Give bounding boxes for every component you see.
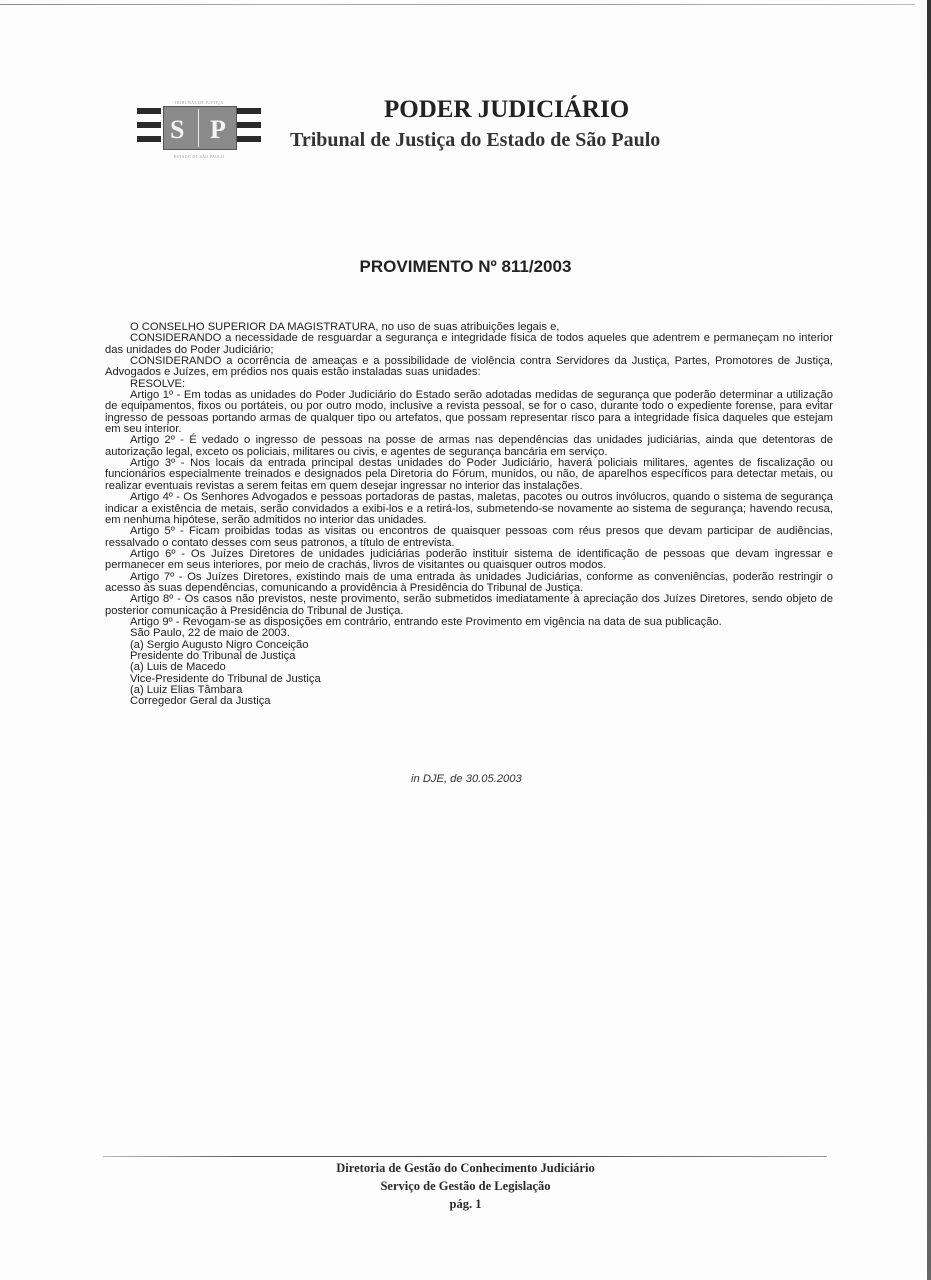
artigo-6: Artigo 6º - Os Juízes Diretores de unida… bbox=[105, 549, 833, 572]
logo-stripe bbox=[137, 122, 161, 128]
logo-caption-top: TRIBUNAL DE JUSTIÇA bbox=[159, 100, 239, 105]
top-scan-edge bbox=[0, 4, 915, 5]
considerando-2: CONSIDERANDO a ocorrência de ameaças e a… bbox=[105, 356, 833, 379]
artigo-3: Artigo 3º - Nos locais da entrada princi… bbox=[105, 458, 833, 492]
logo-letter-s: S bbox=[170, 115, 184, 145]
artigo-8: Artigo 8º - Os casos não previstos, nest… bbox=[105, 594, 833, 617]
footer-service: Serviço de Gestão de Legislação bbox=[0, 1177, 931, 1195]
logo-shield: S P bbox=[163, 106, 237, 150]
tjsp-logo-icon: TRIBUNAL DE JUSTIÇA S P ESTADO DE SÃO PA… bbox=[137, 100, 261, 160]
artigo-1: Artigo 1º - Em todas as unidades do Pode… bbox=[105, 390, 833, 435]
logo-stripe bbox=[137, 108, 161, 114]
document-title: PROVIMENTO Nº 811/2003 bbox=[0, 257, 931, 277]
org-title: PODER JUDICIÁRIO bbox=[384, 96, 784, 124]
org-subtitle: Tribunal de Justiça do Estado de São Pau… bbox=[290, 129, 770, 152]
artigo-7: Artigo 7º - Os Juízes Diretores, existin… bbox=[105, 572, 833, 595]
artigo-2: Artigo 2º - É vedado o ingresso de pesso… bbox=[105, 435, 833, 458]
footer: Diretoria de Gestão do Conhecimento Judi… bbox=[0, 1159, 931, 1213]
footer-divider bbox=[103, 1156, 827, 1157]
page-number: pág. 1 bbox=[0, 1195, 931, 1213]
document-body: O CONSELHO SUPERIOR DA MAGISTRATURA, no … bbox=[105, 322, 833, 708]
artigo-5: Artigo 5º - Ficam proibidas todas as vis… bbox=[105, 526, 833, 549]
signatory-role: Corregedor Geral da Justiça bbox=[105, 696, 833, 707]
logo-stripe bbox=[237, 122, 261, 128]
publication-note: in DJE, de 30.05.2003 bbox=[411, 773, 522, 785]
logo-stripe bbox=[237, 108, 261, 114]
footer-department: Diretoria de Gestão do Conhecimento Judi… bbox=[0, 1159, 931, 1177]
considerando-1: CONSIDERANDO a necessidade de resguardar… bbox=[105, 333, 833, 356]
signatory-name: (a) Luis de Macedo bbox=[105, 662, 833, 673]
letterhead: TRIBUNAL DE JUSTIÇA S P ESTADO DE SÃO PA… bbox=[137, 100, 737, 160]
logo-caption-bottom: ESTADO DE SÃO PAULO bbox=[159, 154, 239, 159]
logo-stripe bbox=[137, 136, 161, 142]
logo-letter-p: P bbox=[210, 115, 226, 145]
artigo-4: Artigo 4º - Os Senhores Advogados e pess… bbox=[105, 492, 833, 526]
right-scan-edge bbox=[927, 0, 931, 1280]
logo-stripe bbox=[237, 136, 261, 142]
logo-sword-icon bbox=[198, 109, 199, 147]
place-date: São Paulo, 22 de maio de 2003. bbox=[105, 628, 833, 639]
